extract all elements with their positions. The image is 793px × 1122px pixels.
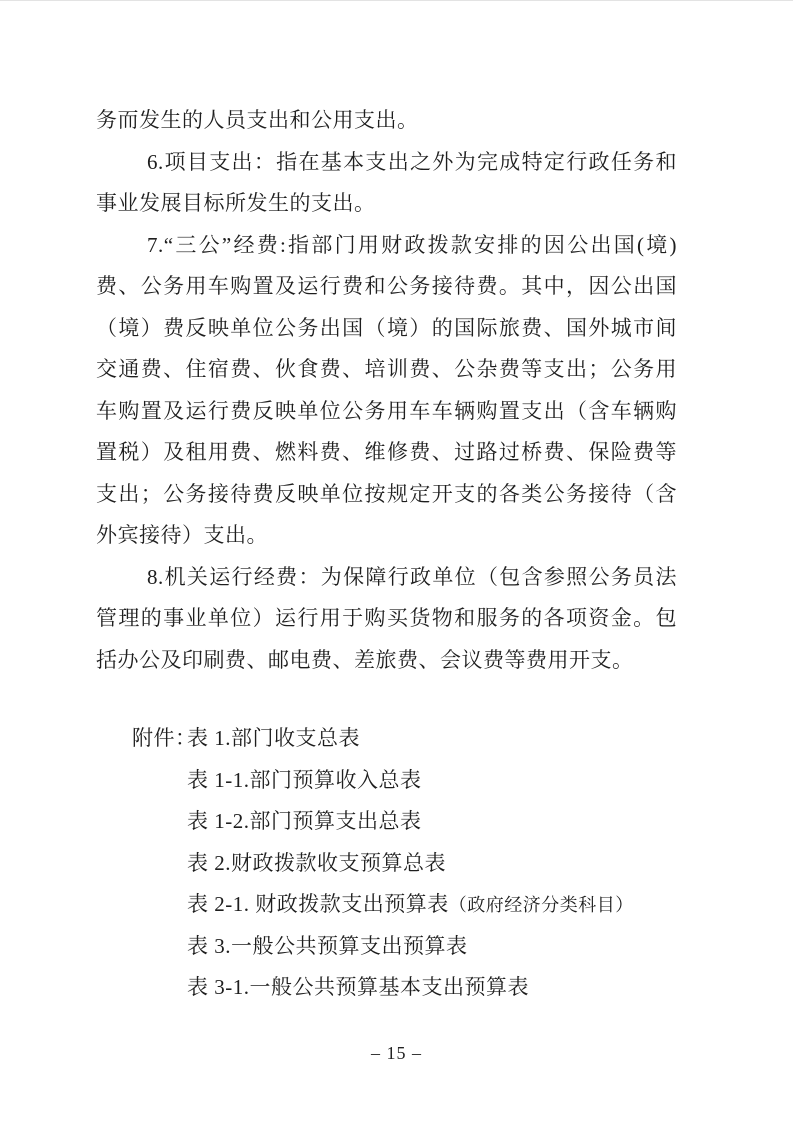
attachment-item: 表 3-1.一般公共预算基本支出预算表: [187, 975, 529, 999]
attachment-item: 表 1-1.部门预算收入总表: [187, 768, 422, 792]
attachments-list: 附件：表 1.部门收支总表 表 1-1.部门预算收入总表 表 1-2.部门预算支…: [132, 718, 634, 1009]
body-line: 管理的事业单位）运行用于购买货物和服务的各项资金。包: [96, 598, 677, 640]
attachment-row: 表 3.一般公共预算支出预算表: [132, 926, 634, 968]
attachment-row: 表 2.财政拨款收支预算总表: [132, 843, 634, 885]
body-line: 事业发展目标所发生的支出。: [96, 183, 677, 225]
document-page: 务而发生的人员支出和公用支出。 6.项目支出：指在基本支出之外为完成特定行政任务…: [0, 0, 793, 1122]
attachment-item: 表 1-2.部门预算支出总表: [187, 809, 422, 833]
attachment-item-suffix: （政府经济分类科目）: [449, 895, 634, 915]
attachment-row: 附件：表 1.部门收支总表: [132, 718, 634, 760]
attachments-label: 附件：: [132, 718, 187, 760]
body-text: 务而发生的人员支出和公用支出。 6.项目支出：指在基本支出之外为完成特定行政任务…: [96, 100, 677, 681]
body-line: 支出；公务接待费反映单位按规定开支的各类公务接待（含: [96, 474, 677, 516]
attachment-item: 表 1.部门收支总表: [187, 726, 360, 750]
body-line: 车购置及运行费反映单位公务用车车辆购置支出（含车辆购: [96, 391, 677, 433]
body-line: 务而发生的人员支出和公用支出。: [96, 100, 677, 142]
body-line: 8.机关运行经费：为保障行政单位（包含参照公务员法: [96, 557, 677, 599]
body-line: 括办公及印刷费、邮电费、差旅费、会议费等费用开支。: [96, 640, 677, 682]
body-line: 置税）及租用费、燃料费、维修费、过路过桥费、保险费等: [96, 432, 677, 474]
attachment-item: 表 2-1. 财政拨款支出预算表: [187, 892, 449, 916]
attachment-row: 表 1-2.部门预算支出总表: [132, 801, 634, 843]
body-line: 费、公务用车购置及运行费和公务接待费。其中，因公出国: [96, 266, 677, 308]
body-line: （境）费反映单位公务出国（境）的国际旅费、国外城市间: [96, 308, 677, 350]
body-line: 6.项目支出：指在基本支出之外为完成特定行政任务和: [96, 142, 677, 184]
attachment-row: 表 1-1.部门预算收入总表: [132, 760, 634, 802]
body-line: 外宾接待）支出。: [96, 515, 677, 557]
body-line: 7.“三公”经费:指部门用财政拨款安排的因公出国(境): [96, 225, 677, 267]
body-line: 交通费、住宿费、伙食费、培训费、公杂费等支出；公务用: [96, 349, 677, 391]
attachment-row: 表 2-1. 财政拨款支出预算表（政府经济分类科目）: [132, 884, 634, 926]
attachment-row: 表 3-1.一般公共预算基本支出预算表: [132, 967, 634, 1009]
attachment-item: 表 3.一般公共预算支出预算表: [187, 934, 468, 958]
attachment-item: 表 2.财政拨款收支预算总表: [187, 851, 446, 875]
page-number: – 15 –: [0, 1043, 793, 1064]
